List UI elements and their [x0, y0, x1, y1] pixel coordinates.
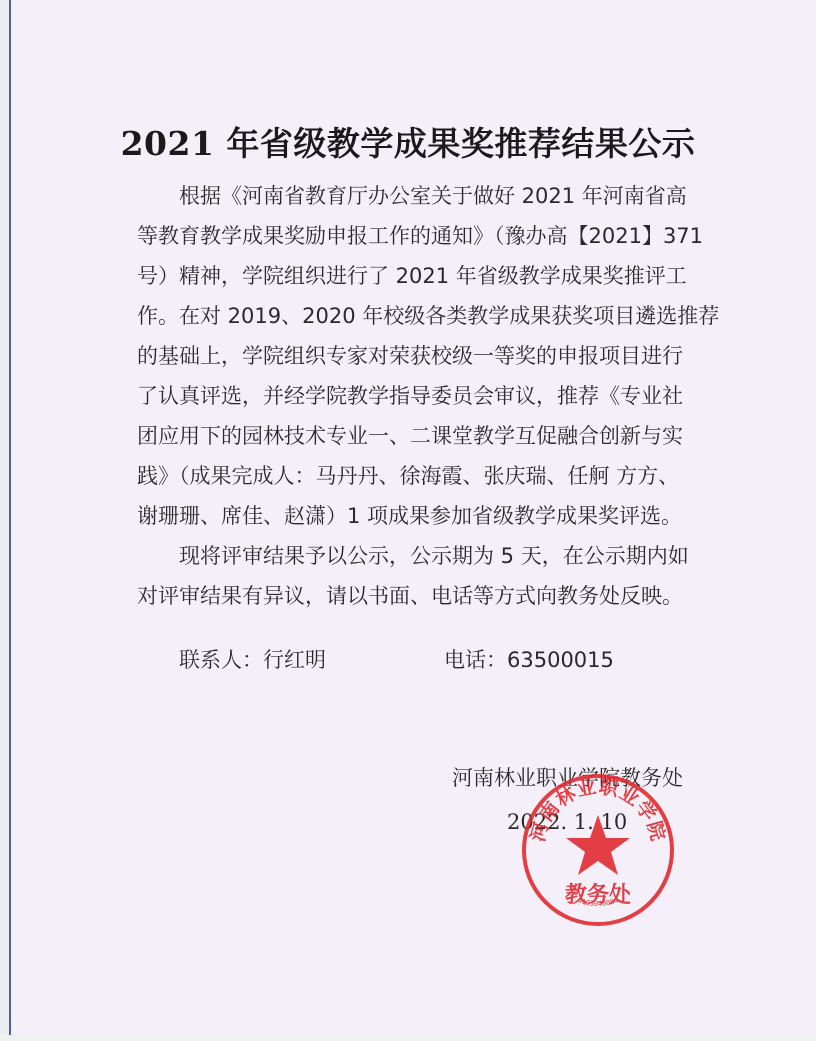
official-seal-icon: 河南林业职业学院 教务处 4103040084	[518, 770, 678, 930]
paragraph-2-line: 现将评审结果予以公示，公示期为 5 天，在公示期内如	[137, 536, 697, 576]
contact-row: 联系人：行红明 电话：63500015	[179, 640, 699, 680]
contact-person: 联系人：行红明	[179, 640, 326, 680]
document-page: 2021 年省级教学成果奖推荐结果公示 根据《河南省教育厅办公室关于做好 202…	[0, 0, 816, 1041]
paragraph-2-line: 对评审结果有异议，请以书面、电话等方式向教务处反映。	[137, 576, 697, 616]
paragraph-1-line: 团应用下的园林技术专业一、二课堂教学互促融合创新与实	[137, 416, 697, 456]
paragraph-1-line: 等教育教学成果奖励申报工作的通知》（豫办高【2021】371	[137, 216, 697, 256]
paragraph-1-line: 作。在对 2019、2020 年校级各类教学成果获奖项目遴选推荐	[137, 296, 697, 336]
paragraph-1-line: 根据《河南省教育厅办公室关于做好 2021 年河南省高	[137, 176, 697, 216]
paragraph-1-line: 的基础上，学院组织专家对荣获校级一等奖的申报项目进行	[137, 336, 697, 376]
contact-phone: 电话：63500015	[444, 640, 614, 680]
paragraph-1-line: 谢珊珊、席佳、赵潇）1 项成果参加省级教学成果奖评选。	[137, 496, 697, 536]
paragraph-1-line: 号）精神，学院组织进行了 2021 年省级教学成果奖推评工	[137, 256, 697, 296]
document-body: 根据《河南省教育厅办公室关于做好 2021 年河南省高 等教育教学成果奖励申报工…	[137, 176, 697, 616]
document-title: 2021 年省级教学成果奖推荐结果公示	[0, 118, 816, 165]
paragraph-1-line: 了认真评选，并经学院教学指导委员会审议，推荐《专业社	[137, 376, 697, 416]
paragraph-1-line: 践》（成果完成人：马丹丹、徐海霞、张庆瑞、任舸 方方、	[137, 456, 697, 496]
